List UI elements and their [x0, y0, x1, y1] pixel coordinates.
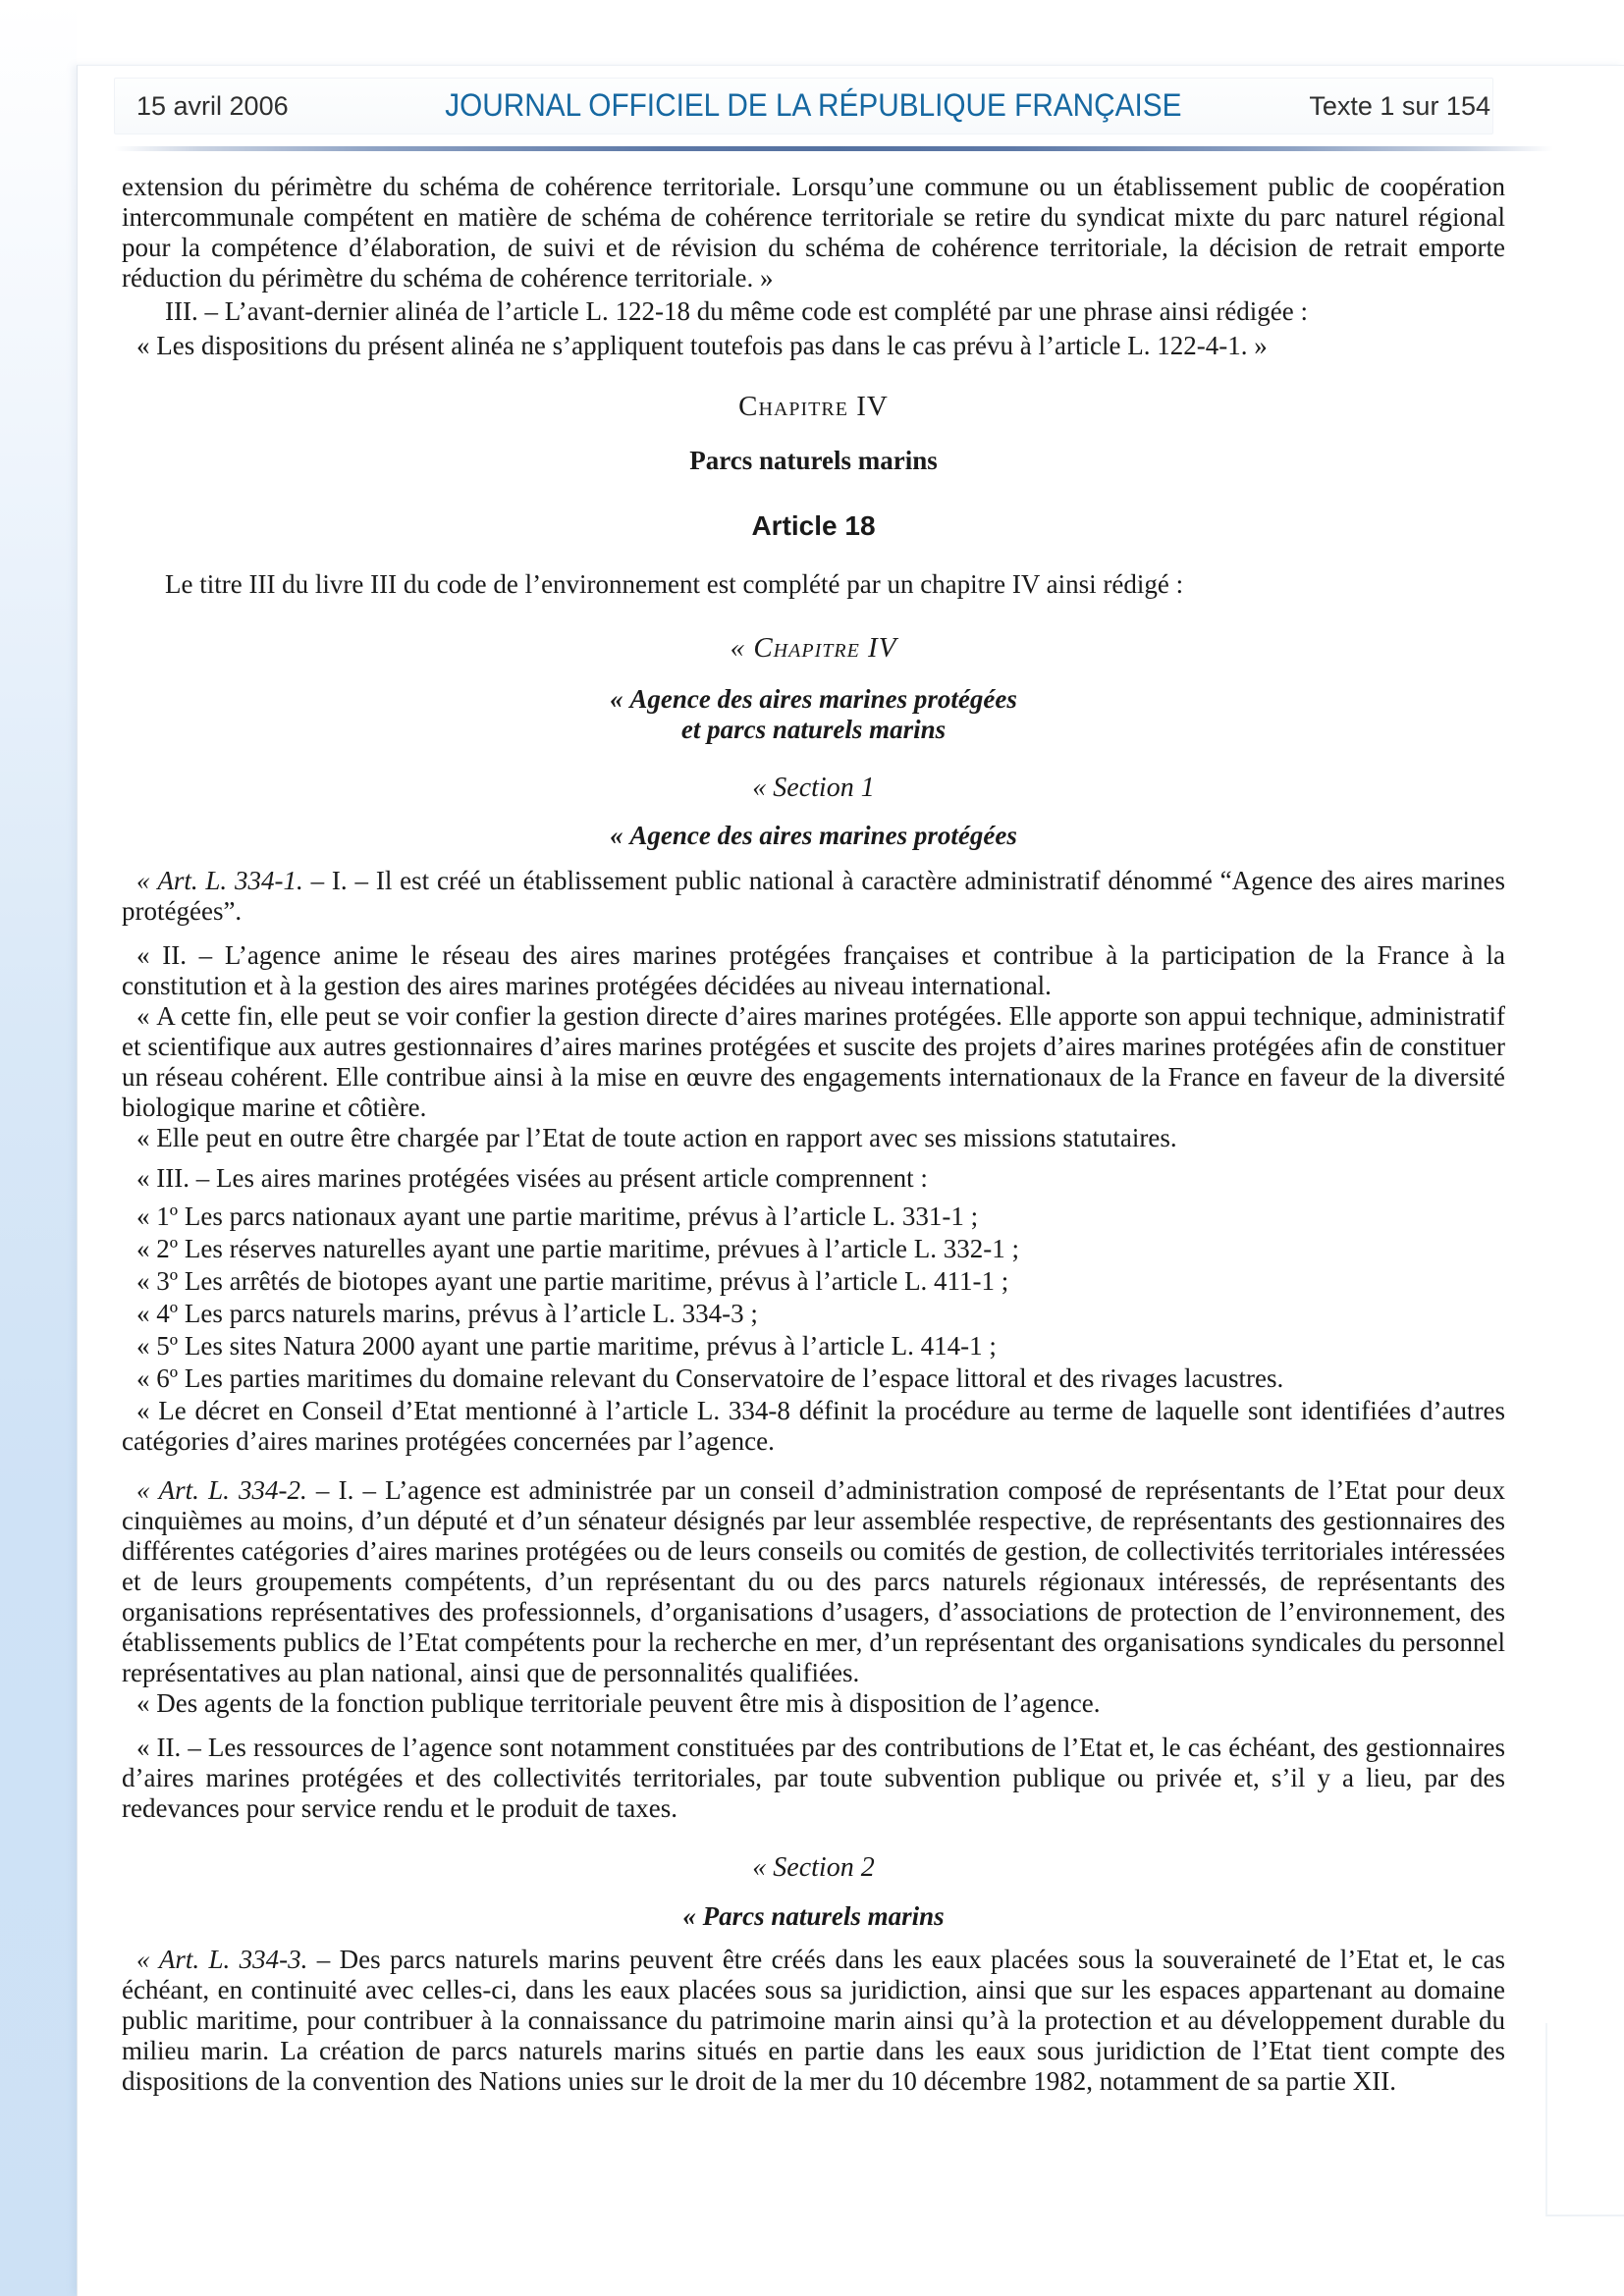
- paragraph-art-334-2: « Art. L. 334-2. – I. – L’agence est adm…: [122, 1475, 1505, 1688]
- paragraph-a-cette-fin: « A cette fin, elle peut se voir confier…: [122, 1001, 1505, 1123]
- article-ref-italic: « Art. L. 334-1.: [136, 866, 303, 895]
- paragraph-elle-peut: « Elle peut en outre être chargée par l’…: [122, 1123, 1505, 1153]
- section1-title: « Agence des aires marines protégées: [122, 821, 1505, 851]
- agency-title-line1: « Agence des aires marines protégées: [122, 684, 1505, 715]
- article-ref-italic: « Art. L. 334-3.: [136, 1945, 307, 1974]
- article-heading: Article 18: [122, 510, 1505, 541]
- journal-title-text: JOURNAL OFFICIEL DE LA RÉPUBLIQUE FRANÇA…: [445, 87, 1181, 124]
- list-item: « 5º Les sites Natura 2000 ayant une par…: [122, 1331, 1505, 1362]
- list-item: « 4º Les parcs naturels marins, prévus à…: [122, 1299, 1505, 1329]
- list-item: « 1º Les parcs nationaux ayant une parti…: [122, 1201, 1505, 1232]
- paragraph-iii: III. – L’avant-dernier alinéa de l’artic…: [122, 296, 1505, 327]
- article-text: – I. – Il est créé un établissement publ…: [122, 866, 1505, 926]
- article-text: – I. – L’agence est administrée par un c…: [122, 1475, 1505, 1687]
- enumerated-list: « 1º Les parcs nationaux ayant une parti…: [122, 1201, 1505, 1394]
- paragraph-art-334-3: « Art. L. 334-3. – Des parcs naturels ma…: [122, 1945, 1505, 2097]
- paragraph-des-agents: « Des agents de la fonction publique ter…: [122, 1688, 1505, 1719]
- journal-title: JOURNAL OFFICIEL DE LA RÉPUBLIQUE FRANÇA…: [122, 87, 1505, 124]
- paragraph-ii-agence: « II. – L’agence anime le réseau des air…: [122, 940, 1505, 1001]
- scan-artifact-box: [1545, 2023, 1624, 2216]
- paragraph-ii-ressources: « II. – Les ressources de l’agence sont …: [122, 1733, 1505, 1824]
- header-divider-rule: [114, 146, 1553, 151]
- document-body: extension du périmètre du schéma de cohé…: [122, 172, 1505, 2097]
- section2-heading: « Section 2: [122, 1852, 1505, 1883]
- page-margin-gradient: [0, 0, 77, 2296]
- chapter-heading: Chapitre IV: [122, 392, 1505, 422]
- list-item: « 6º Les parties maritimes du domaine re…: [122, 1363, 1505, 1394]
- paragraph-iii-aires: « III. – Les aires marines protégées vis…: [122, 1163, 1505, 1194]
- list-item: « 2º Les réserves naturelles ayant une p…: [122, 1234, 1505, 1264]
- article-ref-italic: « Art. L. 334-2.: [136, 1475, 307, 1505]
- section1-heading: « Section 1: [122, 773, 1505, 803]
- paragraph-continuation: extension du périmètre du schéma de cohé…: [122, 172, 1505, 294]
- list-item: « 3º Les arrêtés de biotopes ayant une p…: [122, 1266, 1505, 1297]
- article-text: – Des parcs naturels marins peuvent être…: [122, 1945, 1505, 2096]
- paragraph-art-334-1: « Art. L. 334-1. – I. – Il est créé un é…: [122, 866, 1505, 927]
- paragraph-quote-dispositions: « Les dispositions du présent alinéa ne …: [122, 331, 1505, 361]
- paragraph-decret: « Le décret en Conseil d’Etat mentionné …: [122, 1396, 1505, 1457]
- document-page: 15 avril 2006 JOURNAL OFFICIEL DE LA RÉP…: [77, 65, 1624, 2296]
- header-text-ref: Texte 1 sur 154: [1309, 91, 1490, 122]
- agency-title-line2: et parcs naturels marins: [122, 715, 1505, 745]
- chapter-heading-quoted: « Chapitre IV: [122, 633, 1505, 664]
- paragraph-intro-article18: Le titre III du livre III du code de l’e…: [122, 569, 1505, 600]
- section2-title: « Parcs naturels marins: [122, 1901, 1505, 1932]
- chapter-title: Parcs naturels marins: [122, 446, 1505, 476]
